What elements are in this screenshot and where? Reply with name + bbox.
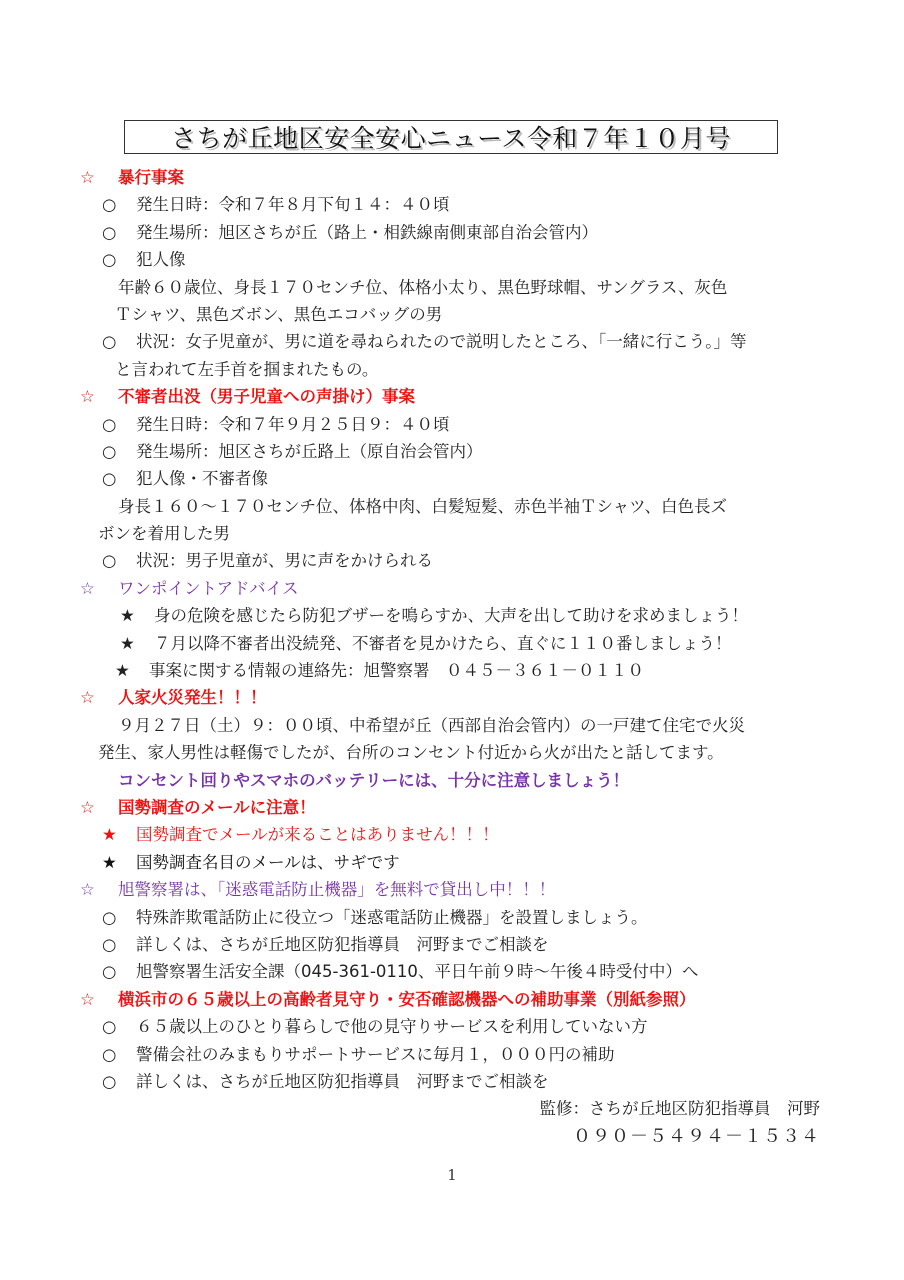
list-item: ○発生場所：旭区さちが丘路上（原自治会管内）	[80, 438, 840, 465]
section-heading-house-fire: ☆人家火災発生！！！	[80, 684, 840, 711]
description-text: 身長１６０～１７０センチ位、体格中肉、白髪短髪、赤色半袖Ｔシャツ、白色長ズ	[80, 493, 840, 520]
list-item: ○詳しくは、さちが丘地区防犯指導員 河野までご相談を	[80, 1068, 840, 1095]
circle-bullet-icon: ○	[102, 1041, 136, 1068]
circle-bullet-icon: ○	[102, 246, 136, 273]
newsletter-body: ☆暴行事案 ○発生日時：令和７年８月下旬１４：４０頃 ○発生場所：旭区さちが丘（…	[80, 164, 840, 1150]
open-star-icon: ☆	[80, 164, 118, 191]
circle-bullet-icon: ○	[102, 958, 136, 985]
list-item: ○詳しくは、さちが丘地区防犯指導員 河野までご相談を	[80, 931, 840, 958]
open-star-icon: ☆	[80, 876, 118, 903]
section-heading-phone-device: ☆旭警察署は、「迷惑電話防止機器」を無料で貸出し中！！！	[80, 876, 840, 903]
open-star-icon: ☆	[80, 794, 118, 821]
section-heading-assault: ☆暴行事案	[80, 164, 840, 191]
list-item: ★国勢調査名目のメールは、サギです	[80, 849, 840, 876]
document-title: さちが丘地区安全安心ニュース令和７年１０月号	[171, 119, 731, 155]
circle-bullet-icon: ○	[102, 1068, 136, 1095]
circle-bullet-icon: ○	[102, 1013, 136, 1040]
open-star-icon: ☆	[80, 383, 118, 410]
filled-star-icon: ★	[102, 849, 136, 876]
filled-star-icon: ★	[102, 821, 136, 848]
circle-bullet-icon: ○	[102, 547, 136, 574]
list-item: ○犯人像	[80, 246, 840, 273]
description-text: ボンを着用した男	[80, 520, 840, 547]
description-text: と言われて左手首を掴まれたもの。	[80, 356, 840, 383]
section-heading-advice: ☆ワンポイントアドバイス	[80, 575, 840, 602]
list-item: ○旭警察署生活安全課（045-361-0110、平日午前９時～午後４時受付中）へ	[80, 958, 840, 985]
circle-bullet-icon: ○	[102, 411, 136, 438]
filled-star-icon: ★	[120, 630, 154, 657]
list-item: ★身の危険を感じたら防犯ブザーを鳴らすか、大声を出して助けを求めましょう！	[80, 602, 840, 629]
circle-bullet-icon: ○	[102, 931, 136, 958]
list-item: ○発生日時：令和７年９月２５日９：４０頃	[80, 411, 840, 438]
list-item: ★国勢調査でメールが来ることはありません！！！	[80, 821, 840, 848]
contact-phone: ０９０－５４９４－１５３４	[80, 1123, 840, 1150]
description-text: 年齢６０歳位、身長１７０センチ位、体格小太り、黒色野球帽、サングラス、灰色	[80, 274, 840, 301]
open-star-icon: ☆	[80, 575, 118, 602]
list-item: ○犯人像・不審者像	[80, 465, 840, 492]
description-text: 発生、家人男性は軽傷でしたが、台所のコンセント付近から火が出たと話してます。	[80, 739, 840, 766]
list-item: ○状況：女子児童が、男に道を尋ねられたので説明したところ、「一緒に行こう。」等	[80, 328, 840, 355]
open-star-icon: ☆	[80, 986, 118, 1013]
circle-bullet-icon: ○	[102, 191, 136, 218]
warning-text: コンセント回りやスマホのバッテリーには、十分に注意しましょう！	[80, 767, 840, 794]
page-number: 1	[0, 1166, 904, 1184]
list-item: ★事案に関する情報の連絡先：旭警察署 ０４５－３６１－０１１０	[80, 657, 840, 684]
list-item: ★７月以降不審者出没続発、不審者を見かけたら、直ぐに１１０番しましょう！	[80, 630, 840, 657]
circle-bullet-icon: ○	[102, 219, 136, 246]
open-star-icon: ☆	[80, 684, 118, 711]
description-text: Ｔシャツ、黒色ズボン、黒色エコバッグの男	[80, 301, 840, 328]
section-heading-census-email: ☆国勢調査のメールに注意！	[80, 794, 840, 821]
list-item: ○状況：男子児童が、男に声をかけられる	[80, 547, 840, 574]
list-item: ○特殊詐欺電話防止に役立つ「迷惑電話防止機器」を設置しましょう。	[80, 904, 840, 931]
list-item: ○警備会社のみまもりサポートサービスに毎月１，０００円の補助	[80, 1041, 840, 1068]
filled-star-icon: ★	[115, 657, 149, 684]
circle-bullet-icon: ○	[102, 465, 136, 492]
section-heading-suspicious-person: ☆不審者出没（男子児童への声掛け）事案	[80, 383, 840, 410]
circle-bullet-icon: ○	[102, 904, 136, 931]
description-text: ９月２７日（土）９：００頃、中希望が丘（西部自治会管内）の一戸建て住宅で火災	[80, 712, 840, 739]
list-item: ○発生場所：旭区さちが丘（路上・相鉄線南側東部自治会管内）	[80, 219, 840, 246]
document-title-box: さちが丘地区安全安心ニュース令和７年１０月号	[124, 120, 778, 154]
filled-star-icon: ★	[120, 602, 154, 629]
circle-bullet-icon: ○	[102, 438, 136, 465]
list-item: ○６５歳以上のひとり暮らしで他の見守りサービスを利用していない方	[80, 1013, 840, 1040]
section-heading-elderly-support: ☆横浜市の６５歳以上の高齢者見守り・安否確認機器への補助事業（別紙参照）	[80, 986, 840, 1013]
circle-bullet-icon: ○	[102, 328, 136, 355]
supervisor-credit: 監修：さちが丘地区防犯指導員 河野	[80, 1095, 840, 1122]
list-item: ○発生日時：令和７年８月下旬１４：４０頃	[80, 191, 840, 218]
